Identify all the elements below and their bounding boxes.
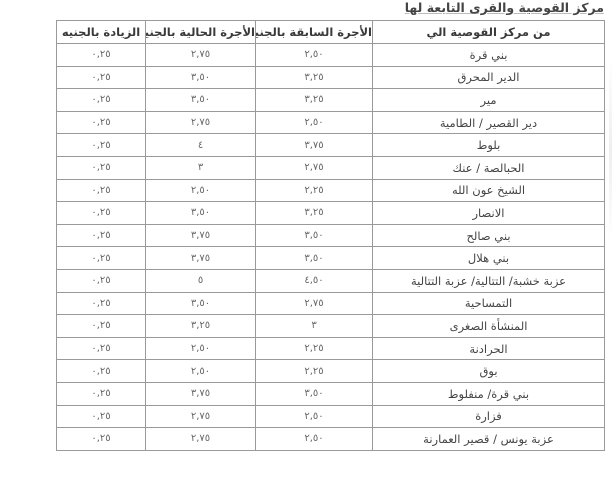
- cell-previous-fare: ٢,٢٥: [256, 337, 373, 360]
- cell-current-fare: ٤: [146, 134, 256, 157]
- cell-increase: ٠,٢٥: [57, 247, 146, 270]
- cell-destination: عزبة خشبة/ التتالية/ عزبة التتالية: [373, 269, 605, 292]
- cell-current-fare: ٣,٥٠: [146, 202, 256, 225]
- cell-previous-fare: ٢,٥٠: [256, 428, 373, 451]
- table-row: فزارة٢,٥٠٢,٧٥٠,٢٥: [57, 405, 605, 428]
- table-row: مير٣,٢٥٣,٥٠٠,٢٥: [57, 89, 605, 112]
- cell-destination: عزبة يونس / قصير العمارنة: [373, 428, 605, 451]
- cell-current-fare: ٥: [146, 269, 256, 292]
- header-increase: الزيادة بالجنيه: [57, 21, 146, 44]
- cell-previous-fare: ٢,٥٠: [256, 44, 373, 67]
- table-row: الدير المحرق٣,٢٥٣,٥٠٠,٢٥: [57, 66, 605, 89]
- table-row: بني هلال٣,٥٠٣,٧٥٠,٢٥: [57, 247, 605, 270]
- cell-current-fare: ٢,٥٠: [146, 179, 256, 202]
- table-row: عزبة خشبة/ التتالية/ عزبة التتالية٤,٥٠٥٠…: [57, 269, 605, 292]
- cell-current-fare: ٣,٥٠: [146, 89, 256, 112]
- cell-increase: ٠,٢٥: [57, 428, 146, 451]
- cell-destination: الحرادنة: [373, 337, 605, 360]
- cell-previous-fare: ٣,٢٥: [256, 202, 373, 225]
- cell-previous-fare: ٣,٢٥: [256, 89, 373, 112]
- header-previous-fare: الأجرة السابقة بالجنية: [256, 21, 373, 44]
- cell-previous-fare: ٣,٥٠: [256, 382, 373, 405]
- table-row: دير القصير / الطامية٢,٥٠٢,٧٥٠,٢٥: [57, 111, 605, 134]
- cell-destination: دير القصير / الطامية: [373, 111, 605, 134]
- cell-current-fare: ٢,٧٥: [146, 405, 256, 428]
- cell-previous-fare: ٢,٥٠: [256, 111, 373, 134]
- table-row: بني صالح٣,٥٠٣,٧٥٠,٢٥: [57, 224, 605, 247]
- table-row: بلوط٣,٧٥٤٠,٢٥: [57, 134, 605, 157]
- cell-previous-fare: ٢,٢٥: [256, 179, 373, 202]
- table-row: التمساحية٢,٧٥٣,٥٠٠,٢٥: [57, 292, 605, 315]
- cell-destination: بلوط: [373, 134, 605, 157]
- cell-increase: ٠,٢٥: [57, 292, 146, 315]
- cell-destination: الانصار: [373, 202, 605, 225]
- cell-destination: مير: [373, 89, 605, 112]
- cell-previous-fare: ٣,٥٠: [256, 247, 373, 270]
- cell-increase: ٠,٢٥: [57, 134, 146, 157]
- cell-destination: بني قرة: [373, 44, 605, 67]
- cell-current-fare: ٢,٧٥: [146, 428, 256, 451]
- table-row: الشيخ عون الله٢,٢٥٢,٥٠٠,٢٥: [57, 179, 605, 202]
- table-row: بني قرة٢,٥٠٢,٧٥٠,٢٥: [57, 44, 605, 67]
- cell-current-fare: ٣,٥٠: [146, 292, 256, 315]
- cell-increase: ٠,٢٥: [57, 337, 146, 360]
- cell-current-fare: ٢,٧٥: [146, 44, 256, 67]
- header-destination: من مركز القوصية الي: [373, 21, 605, 44]
- table-row: الحرادنة٢,٢٥٢,٥٠٠,٢٥: [57, 337, 605, 360]
- table-body: بني قرة٢,٥٠٢,٧٥٠,٢٥ الدير المحرق٣,٢٥٣,٥٠…: [57, 44, 605, 451]
- cell-previous-fare: ٢,٥٠: [256, 405, 373, 428]
- table-row: بوق٢,٢٥٢,٥٠٠,٢٥: [57, 360, 605, 383]
- cell-current-fare: ٣,٢٥: [146, 315, 256, 338]
- table-row: الانصار٣,٢٥٣,٥٠٠,٢٥: [57, 202, 605, 225]
- cell-increase: ٠,٢٥: [57, 111, 146, 134]
- cell-previous-fare: ٢,٧٥: [256, 292, 373, 315]
- cell-destination: التمساحية: [373, 292, 605, 315]
- cell-increase: ٠,٢٥: [57, 224, 146, 247]
- cell-increase: ٠,٢٥: [57, 382, 146, 405]
- cell-increase: ٠,٢٥: [57, 66, 146, 89]
- cell-current-fare: ٣,٧٥: [146, 224, 256, 247]
- cell-increase: ٠,٢٥: [57, 202, 146, 225]
- cell-previous-fare: ٣,٥٠: [256, 224, 373, 247]
- cell-current-fare: ٢,٥٠: [146, 337, 256, 360]
- cell-previous-fare: ٤,٥٠: [256, 269, 373, 292]
- cell-previous-fare: ٣,٢٥: [256, 66, 373, 89]
- table-header-row: من مركز القوصية الي الأجرة السابقة بالجن…: [57, 21, 605, 44]
- cell-current-fare: ٣,٧٥: [146, 247, 256, 270]
- cell-destination: فزارة: [373, 405, 605, 428]
- cell-increase: ٠,٢٥: [57, 405, 146, 428]
- cell-current-fare: ٣,٥٠: [146, 66, 256, 89]
- table-row: بني قرة/ منفلوط٣,٥٠٣,٧٥٠,٢٥: [57, 382, 605, 405]
- cell-destination: الشيخ عون الله: [373, 179, 605, 202]
- cell-destination: بني صالح: [373, 224, 605, 247]
- cell-current-fare: ٣: [146, 156, 256, 179]
- cell-previous-fare: ٣: [256, 315, 373, 338]
- cell-current-fare: ٣,٧٥: [146, 382, 256, 405]
- cell-increase: ٠,٢٥: [57, 360, 146, 383]
- cell-destination: بوق: [373, 360, 605, 383]
- cell-destination: المنشأة الصغرى: [373, 315, 605, 338]
- cell-destination: بني قرة/ منفلوط: [373, 382, 605, 405]
- cell-previous-fare: ٣,٧٥: [256, 134, 373, 157]
- cell-increase: ٠,٢٥: [57, 179, 146, 202]
- table-row: عزبة يونس / قصير العمارنة٢,٥٠٢,٧٥٠,٢٥: [57, 428, 605, 451]
- table-row: المنشأة الصغرى٣٣,٢٥٠,٢٥: [57, 315, 605, 338]
- cell-increase: ٠,٢٥: [57, 44, 146, 67]
- fare-table: من مركز القوصية الي الأجرة السابقة بالجن…: [56, 20, 605, 451]
- cell-previous-fare: ٢,٢٥: [256, 360, 373, 383]
- cell-increase: ٠,٢٥: [57, 315, 146, 338]
- cell-previous-fare: ٢,٧٥: [256, 156, 373, 179]
- cell-destination: الحبالصة / عنك: [373, 156, 605, 179]
- cell-current-fare: ٢,٧٥: [146, 111, 256, 134]
- cell-increase: ٠,٢٥: [57, 156, 146, 179]
- cell-current-fare: ٢,٥٠: [146, 360, 256, 383]
- table-row: الحبالصة / عنك٢,٧٥٣٠,٢٥: [57, 156, 605, 179]
- cell-increase: ٠,٢٥: [57, 89, 146, 112]
- page-title: مركز القوصية والقرى التابعة لها: [405, 0, 604, 15]
- header-current-fare: الأجرة الحالية بالجنية: [146, 21, 256, 44]
- cell-destination: الدير المحرق: [373, 66, 605, 89]
- cell-increase: ٠,٢٥: [57, 269, 146, 292]
- cell-destination: بني هلال: [373, 247, 605, 270]
